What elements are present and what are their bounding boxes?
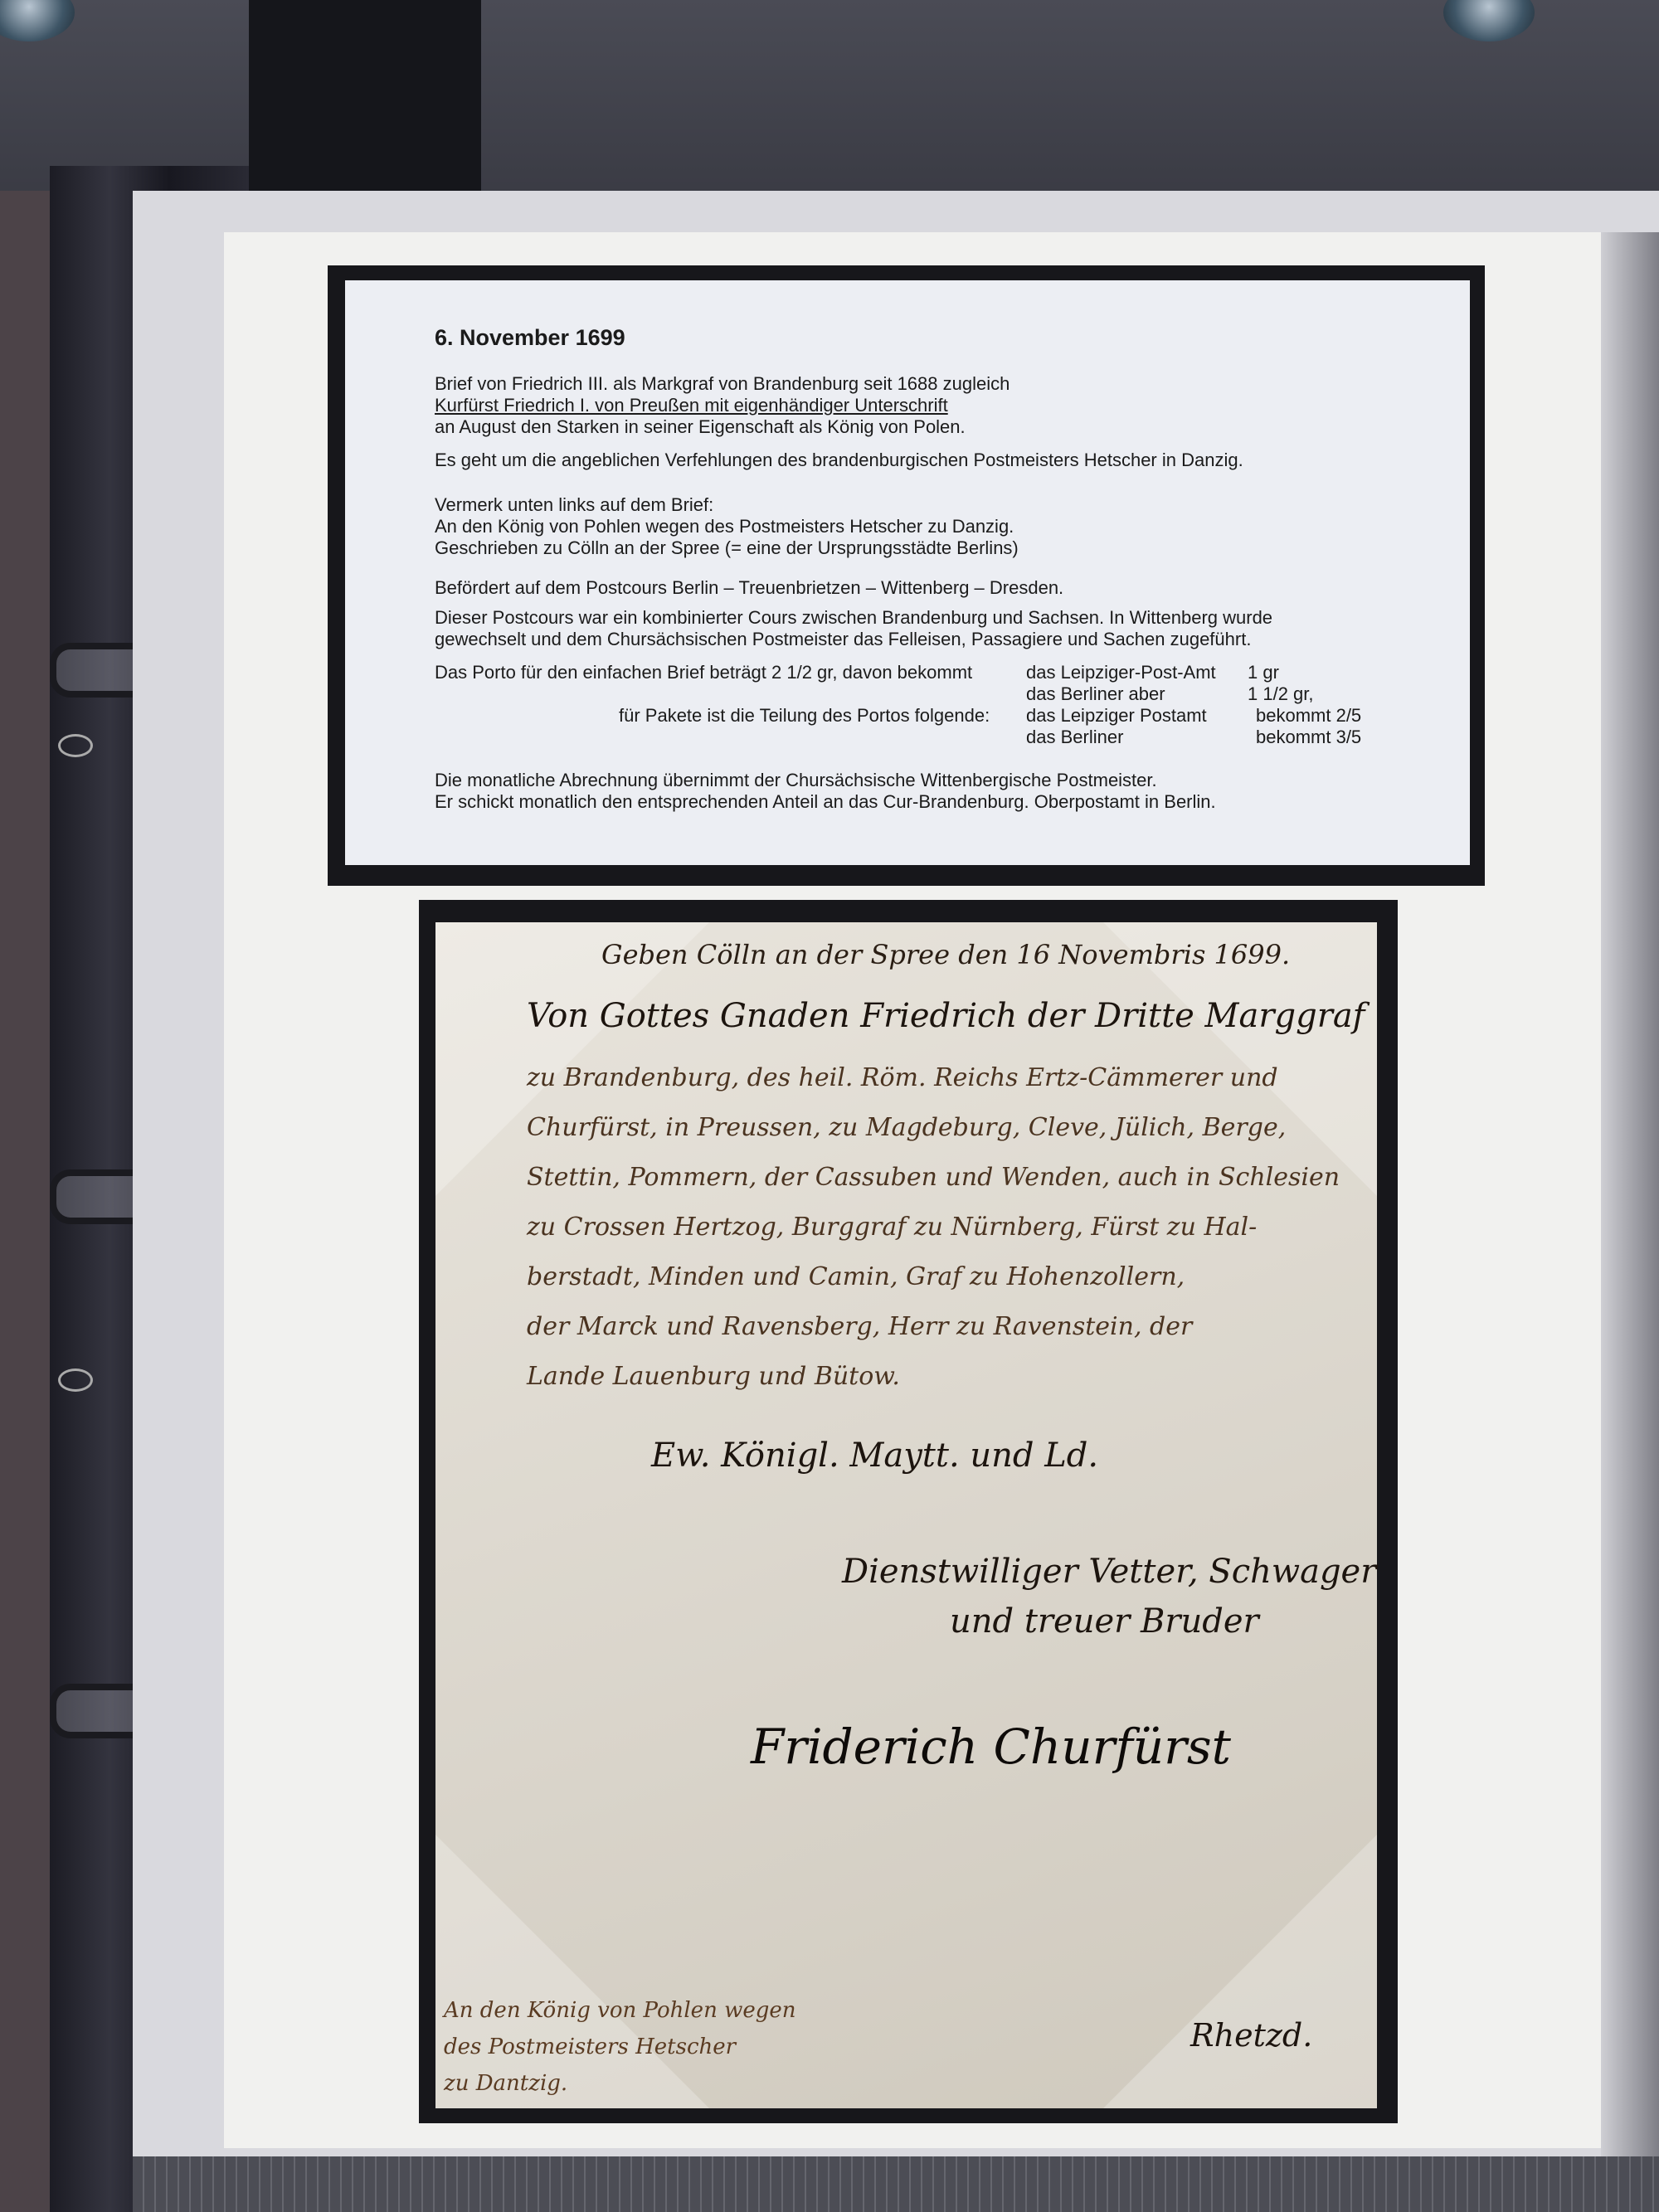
historic-letter: Geben Cölln an der Spree den 16 Novembri… — [435, 922, 1377, 2108]
paragraph-note: Vermerk unten links auf dem Brief: An de… — [435, 494, 1019, 559]
paragraph-accounting: Die monatliche Abrechnung übernimmt der … — [435, 770, 1216, 813]
letter-body-line: zu Brandenburg, des heil. Röm. Reichs Er… — [527, 1063, 1278, 1092]
letter-signature: Friderich Churfürst — [751, 1719, 1231, 1775]
letter-dateline: Geben Cölln an der Spree den 16 Novembri… — [601, 939, 1290, 970]
page-stack-edge — [1601, 232, 1659, 2212]
porto-row: das Berliner aber 1 1/2 gr, — [435, 683, 1430, 705]
punch-hole-icon — [58, 1369, 93, 1392]
letter-body-line: Lande Lauenburg und Bütow. — [527, 1362, 900, 1391]
letter-body-line: zu Crossen Hertzog, Burggraf zu Nürnberg… — [527, 1213, 1257, 1242]
porto-office: das Leipziger Postamt — [1026, 705, 1207, 727]
letter-salutation: Ew. Königl. Maytt. und Ld. — [651, 1437, 1098, 1475]
text-line-underlined: Kurfürst Friedrich I. von Preußen mit ei… — [435, 395, 1010, 416]
porto-row: Das Porto für den einfachen Brief beträg… — [435, 662, 1430, 683]
letter-body-line: der Marck und Ravensberg, Herr zu Ravens… — [527, 1312, 1192, 1341]
porto-row: für Pakete ist die Teilung des Portos fo… — [435, 705, 1430, 727]
porto-table: Das Porto für den einfachen Brief beträg… — [435, 662, 1430, 748]
punch-hole-icon — [58, 734, 93, 757]
porto-row: das Berliner bekommt 3/5 — [435, 727, 1430, 748]
porto-share: 1 gr — [1248, 662, 1279, 683]
letter-closing: Dienstwilliger Vetter, Schwager — [842, 1553, 1376, 1591]
info-box: 6. November 1699 Brief von Friedrich III… — [345, 280, 1470, 865]
note-line: An den König von Pohlen wegen — [444, 1992, 796, 2029]
text-line: Es geht um die angeblichen Verfehlungen … — [435, 450, 1243, 471]
porto-office: das Berliner — [1026, 727, 1123, 748]
note-line: des Postmeisters Hetscher — [444, 2029, 796, 2065]
porto-share: bekommt 2/5 — [1256, 705, 1361, 727]
letter-body-line: Stettin, Pommern, der Cassuben und Wende… — [527, 1163, 1340, 1192]
letter-body-line: Churfürst, in Preussen, zu Magdeburg, Cl… — [527, 1113, 1286, 1142]
text-line: Geschrieben zu Cölln an der Spree (= ein… — [435, 537, 1019, 559]
text-line: Befördert auf dem Postcours Berlin – Tre… — [435, 577, 1063, 599]
info-title: 6. November 1699 — [435, 327, 625, 348]
text-line: Die monatliche Abrechnung übernimmt der … — [435, 770, 1216, 791]
letter-closing: und treuer Bruder — [950, 1602, 1259, 1641]
letter-body-line: berstadt, Minden und Camin, Graf zu Hohe… — [527, 1262, 1185, 1291]
porto-office: das Berliner aber — [1026, 683, 1165, 705]
letter-address-note: An den König von Pohlen wegen des Postme… — [444, 1992, 796, 2102]
porto-lead: Das Porto für den einfachen Brief beträg… — [435, 662, 972, 683]
note-line: zu Dantzig. — [444, 2065, 796, 2102]
photo-corner — [1103, 1835, 1377, 2108]
paragraph-route: Befördert auf dem Postcours Berlin – Tre… — [435, 577, 1063, 599]
letter-registry-mark: Rhetzd. — [1190, 2017, 1312, 2054]
text-line: an August den Starken in seiner Eigensch… — [435, 416, 1010, 438]
text-line: Brief von Friedrich III. als Markgraf vo… — [435, 373, 1010, 395]
text-line: Dieser Postcours war ein kombinierter Co… — [435, 607, 1272, 629]
backdrop-dark-panel — [249, 0, 481, 191]
text-line: gewechselt und dem Chursächsischen Postm… — [435, 629, 1272, 650]
text-line: Vermerk unten links auf dem Brief: — [435, 494, 1019, 516]
cutting-mat — [133, 2156, 1659, 2212]
porto-office: das Leipziger-Post-Amt — [1026, 662, 1216, 683]
porto-lead: für Pakete ist die Teilung des Portos fo… — [619, 705, 990, 727]
text-line: Er schickt monatlich den entsprechenden … — [435, 791, 1216, 813]
paragraph-subject: Es geht um die angeblichen Verfehlungen … — [435, 450, 1243, 471]
porto-share: 1 1/2 gr, — [1248, 683, 1314, 705]
paragraph-postcours: Dieser Postcours war ein kombinierter Co… — [435, 607, 1272, 650]
text-line: An den König von Pohlen wegen des Postme… — [435, 516, 1019, 537]
letter-heading: Von Gottes Gnaden Friedrich der Dritte M… — [527, 997, 1365, 1035]
paragraph-sender: Brief von Friedrich III. als Markgraf vo… — [435, 373, 1010, 438]
porto-share: bekommt 3/5 — [1256, 727, 1361, 748]
